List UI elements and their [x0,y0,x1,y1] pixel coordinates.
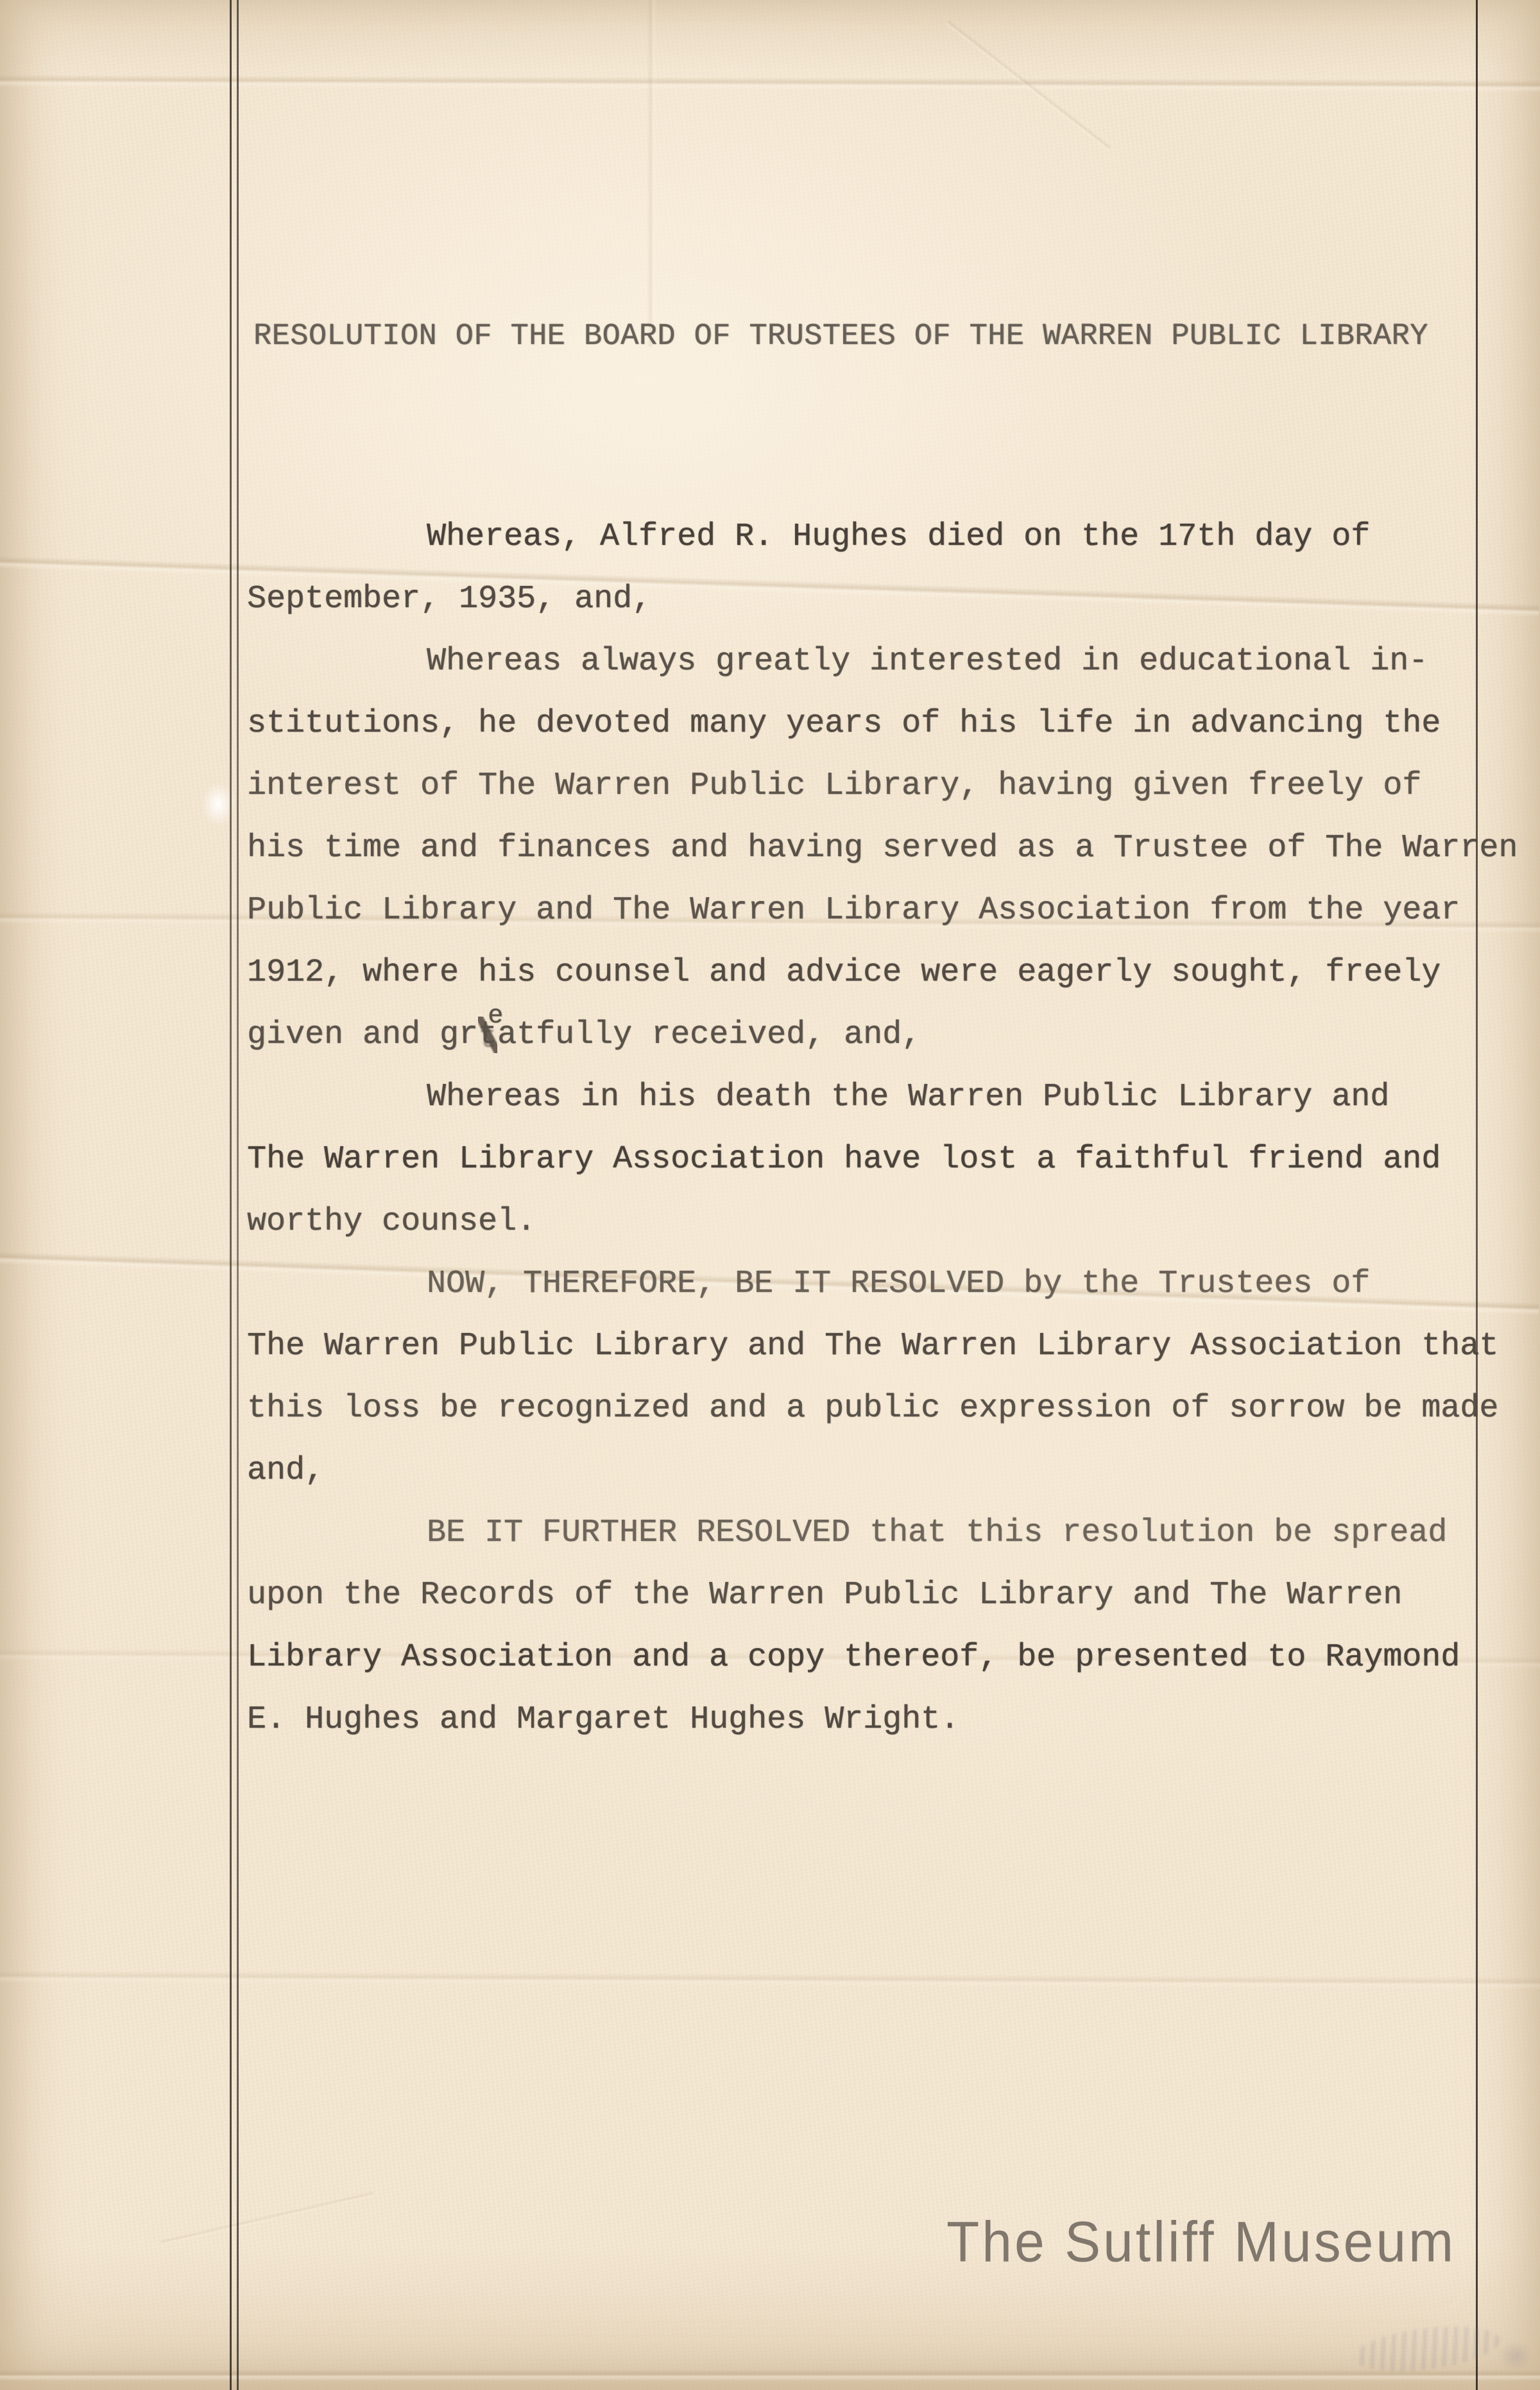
document-line: 1912, where his counsel and advice were … [247,941,1537,1004]
ledger-rule-left-inner [237,0,239,2390]
faint-pencil-marks [1499,2341,1532,2371]
document-line: The Warren Public Library and The Warren… [247,1315,1537,1377]
ledger-rule-left-outer [230,0,232,2390]
document-body: Whereas, Alfred R. Hughes died on the 17… [247,506,1537,1751]
document-line: Whereas always greatly interested in edu… [247,630,1537,692]
document-line: given and grteatfully received, and, [247,1004,1537,1066]
paper-crease [0,2369,1540,2381]
typed-overstrike-correction: te [478,1004,497,1066]
paper-crease [160,2191,375,2246]
document-line: this loss be recognized and a public exp… [247,1377,1537,1440]
document-line: Library Association and a copy thereof, … [247,1626,1537,1689]
faint-pencil-marks [1351,2319,1502,2378]
document-line: Whereas in his death the Warren Public L… [247,1066,1537,1128]
document-line: his time and finances and having served … [247,817,1537,879]
paper-crease [647,0,657,347]
document-line: Whereas, Alfred R. Hughes died on the 17… [247,506,1537,568]
paper-crease [945,19,1112,151]
document-line: The Warren Library Association have lost… [247,1128,1537,1191]
document-title: RESOLUTION OF THE BOARD OF TRUSTEES OF T… [253,318,1428,356]
document-line: stitutions, he devoted many years of his… [247,692,1537,755]
document-line: BE IT FURTHER RESOLVED that this resolut… [247,1502,1537,1564]
document-line: NOW, THEREFORE, BE IT RESOLVED by the Tr… [247,1253,1537,1315]
document-line: worthy counsel. [247,1191,1537,1253]
paper-blemish [201,782,235,827]
document-line: and, [247,1440,1537,1502]
document-line: interest of The Warren Public Library, h… [247,755,1537,817]
document-line: E. Hughes and Margaret Hughes Wright. [247,1689,1537,1751]
document-line: September, 1935, and, [247,568,1537,630]
museum-watermark: The Sutliff Museum [946,2209,1456,2275]
document-line: upon the Records of the Warren Public Li… [247,1564,1537,1626]
paper-crease [0,1970,1540,1990]
document-line: Public Library and The Warren Library As… [247,879,1537,941]
paper-crease [0,74,1540,92]
scanned-document-page: RESOLUTION OF THE BOARD OF TRUSTEES OF T… [0,0,1540,2390]
